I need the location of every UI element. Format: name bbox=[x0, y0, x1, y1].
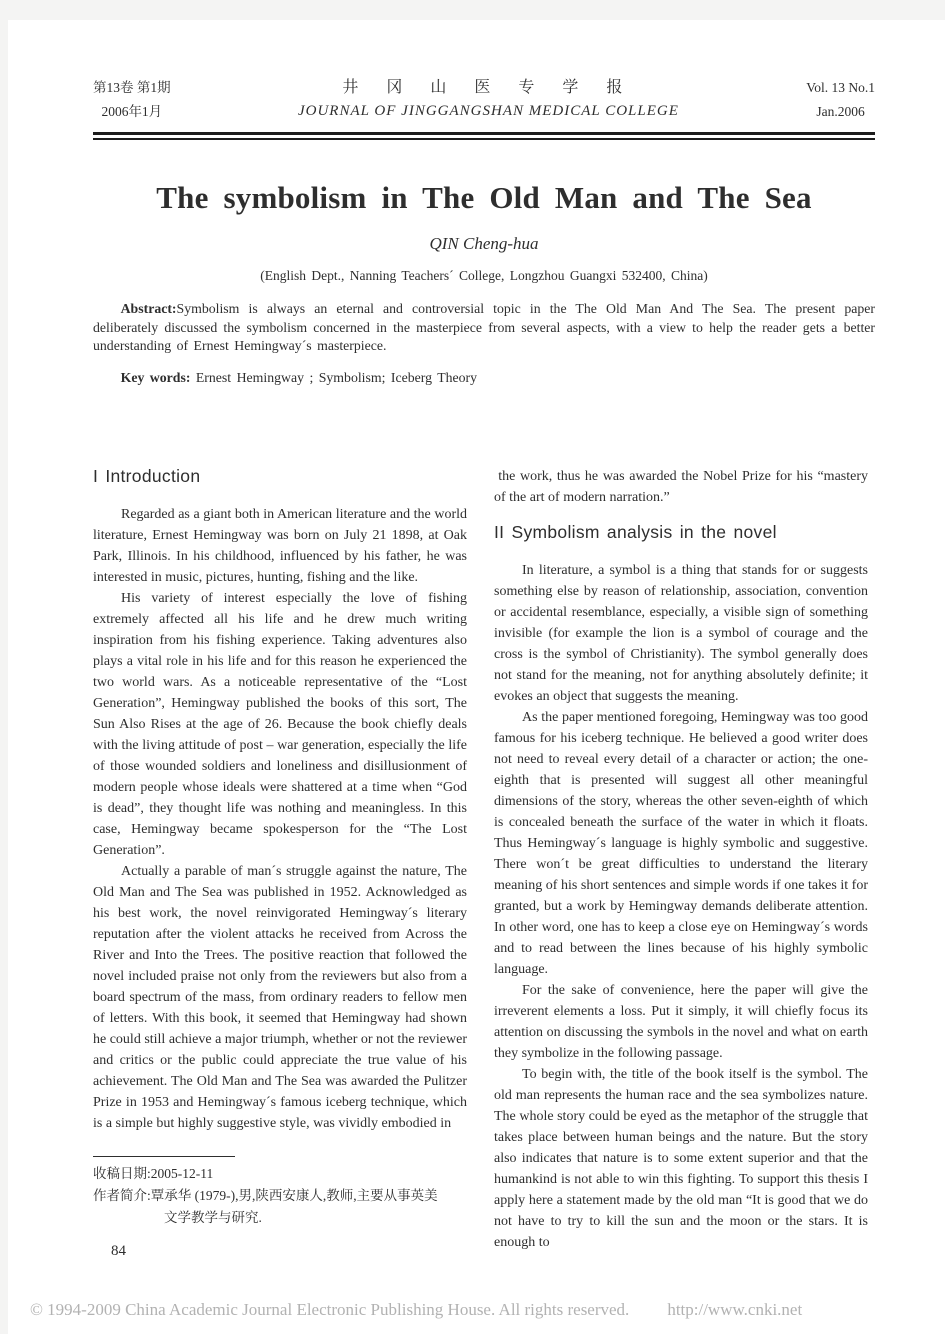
received-date: 收稿日期:2005-12-11 bbox=[93, 1163, 467, 1185]
section-heading-symbolism-analysis: II Symbolism analysis in the novel bbox=[494, 522, 868, 543]
left-column: I Introduction Regarded as a giant both … bbox=[93, 466, 467, 1262]
scanned-page: 第13卷 第1期 2006年1月 井 冈 山 医 专 学 报 JOURNAL O… bbox=[8, 20, 945, 1334]
volume-issue-info: 第13卷 第1期 2006年1月 bbox=[93, 76, 171, 124]
header-divider-rule bbox=[93, 132, 875, 140]
body-paragraph: As the paper mentioned foregoing, Heming… bbox=[494, 707, 868, 980]
keywords-line: Key words: Ernest Hemingway ; Symbolism;… bbox=[93, 369, 875, 388]
paper-title: The symbolism in The Old Man and The Sea bbox=[93, 180, 875, 216]
author-bio-line2: 文学教学与研究. bbox=[93, 1207, 467, 1229]
date-line-en: Jan.2006 bbox=[806, 100, 875, 124]
keywords-label: Key words: bbox=[121, 370, 191, 385]
abstract-text: Symbolism is always an eternal and contr… bbox=[93, 301, 875, 353]
journal-name-english: JOURNAL OF JINGGANGSHAN MEDICAL COLLEGE bbox=[298, 99, 679, 123]
continuation-paragraph: the work, thus he was awarded the Nobel … bbox=[494, 466, 868, 508]
vol-no-info: Vol. 13 No.1 Jan.2006 bbox=[806, 76, 875, 124]
journal-name: 井 冈 山 医 专 学 报 JOURNAL OF JINGGANGSHAN ME… bbox=[298, 77, 679, 123]
copyright-watermark: © 1994-2009 China Academic Journal Elect… bbox=[30, 1300, 802, 1320]
abstract-label: Abstract: bbox=[121, 301, 177, 316]
date-line-cn: 2006年1月 bbox=[93, 100, 171, 124]
body-paragraph: His variety of interest especially the l… bbox=[93, 588, 467, 861]
journal-header: 第13卷 第1期 2006年1月 井 冈 山 医 专 学 报 JOURNAL O… bbox=[93, 76, 875, 124]
author-bio-line1: 作者简介:覃承华 (1979-),男,陕西安康人,教师,主要从事英美 bbox=[93, 1185, 467, 1207]
right-column: the work, thus he was awarded the Nobel … bbox=[494, 466, 868, 1262]
copyright-text: © 1994-2009 China Academic Journal Elect… bbox=[30, 1300, 629, 1319]
footnote-block: 收稿日期:2005-12-11 作者简介:覃承华 (1979-),男,陕西安康人… bbox=[93, 1156, 467, 1262]
body-paragraph: Regarded as a giant both in American lit… bbox=[93, 504, 467, 588]
page-number: 84 bbox=[93, 1241, 467, 1262]
keywords-text: Ernest Hemingway ; Symbolism; Iceberg Th… bbox=[196, 370, 477, 385]
author-affiliation: (English Dept., Nanning Teachers´ Colleg… bbox=[93, 268, 875, 284]
author-name: QIN Cheng-hua bbox=[93, 234, 875, 254]
two-column-body: I Introduction Regarded as a giant both … bbox=[93, 466, 875, 1262]
body-paragraph: In literature, a symbol is a thing that … bbox=[494, 560, 868, 707]
journal-name-chinese: 井 冈 山 医 专 学 报 bbox=[298, 77, 679, 99]
body-paragraph: For the sake of convenience, here the pa… bbox=[494, 980, 868, 1064]
vol-line: Vol. 13 No.1 bbox=[806, 76, 875, 100]
section-heading-introduction: I Introduction bbox=[93, 466, 467, 487]
watermark-url: http://www.cnki.net bbox=[667, 1300, 802, 1319]
volume-line: 第13卷 第1期 bbox=[93, 76, 171, 100]
footnote-rule bbox=[93, 1156, 235, 1157]
body-paragraph: Actually a parable of man´s struggle aga… bbox=[93, 861, 467, 1134]
body-paragraph: To begin with, the title of the book its… bbox=[494, 1064, 868, 1253]
abstract-paragraph: Abstract:Symbolism is always an eternal … bbox=[93, 300, 875, 356]
